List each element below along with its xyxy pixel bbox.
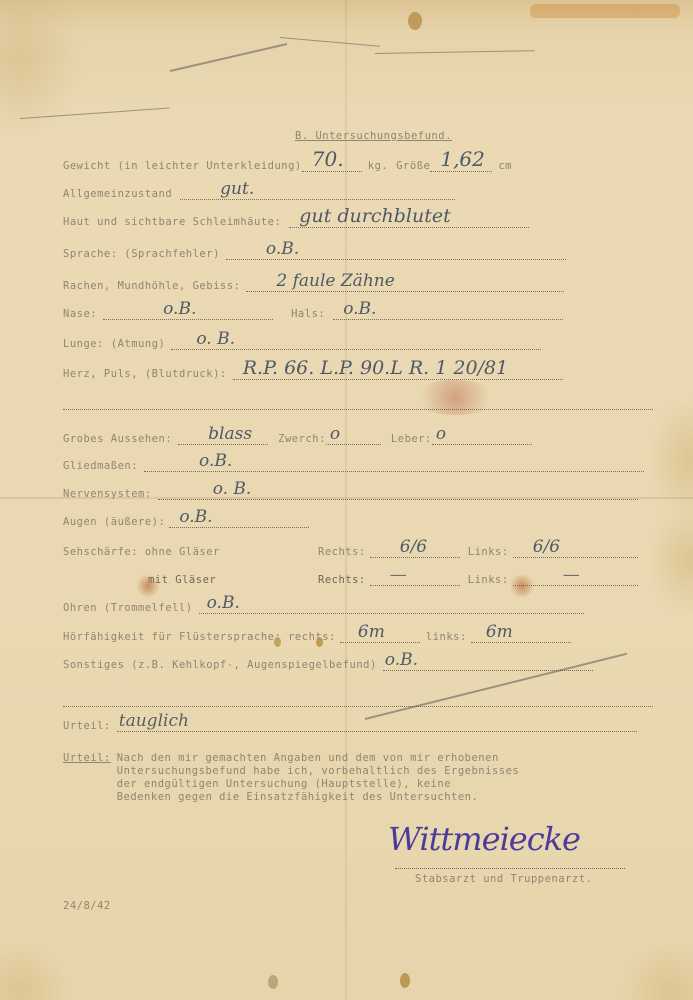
rust-stain (410, 380, 500, 415)
label-skin: Haut und sichtbare Schleimhäute: (63, 216, 281, 228)
label-nervous-system: Nervensystem: (63, 488, 152, 500)
unit-kg: kg. (368, 160, 388, 172)
field-nose-neck: Nase: o.B. Hals: o.B. (63, 300, 563, 320)
remark-line: der endgültigen Untersuchung (Hauptstell… (117, 778, 519, 791)
field-general-condition: Allgemeinzustand gut. (63, 180, 455, 200)
value-speech: o.B. (266, 239, 299, 259)
field-nervous-system: Nervensystem: o. B. (63, 480, 638, 500)
value-mouth: 2 faule Zähne (276, 271, 394, 291)
label-ears: Ohren (Trommelfell) (63, 602, 193, 614)
label-neck: Hals: (291, 308, 325, 320)
remark-label: Urteil: (63, 752, 111, 804)
label-hearing-left: links: (426, 631, 467, 643)
value-weight: 70. (312, 147, 344, 171)
field-verdict: Urteil: tauglich (63, 712, 637, 732)
label-other: Sonstiges (z.B. Kehlkopf-, Augenspiegelb… (63, 659, 377, 671)
remark-line: Nach den mir gemachten Angaben und dem v… (117, 752, 519, 765)
field-skin: Haut und sichtbare Schleimhäute: gut dur… (63, 208, 529, 228)
label-vision-with: mit Gläser (63, 574, 318, 586)
rust-stain (135, 575, 161, 597)
label-eyes: Augen (äußere): (63, 516, 165, 528)
stain-dot (400, 973, 410, 988)
label-appearance: Grobes Aussehen: (63, 433, 172, 445)
label-mouth: Rachen, Mundhöhle, Gebiss: (63, 280, 240, 292)
signature: Wittmeiecke (388, 820, 628, 865)
value-vision-with-right: — (390, 565, 407, 585)
label-speech: Sprache: (Sprachfehler) (63, 248, 220, 260)
field-speech: Sprache: (Sprachfehler) o.B. (63, 240, 566, 260)
stain-dot (274, 637, 281, 647)
value-ears: o.B. (207, 593, 240, 613)
remark-line: Bedenken gegen die Einsatzfähigkeit des … (117, 791, 519, 804)
value-limbs: o.B. (199, 451, 232, 471)
value-hearing-right: 6m (358, 622, 385, 642)
field-blank-1 (63, 390, 653, 410)
value-vision-right: 6/6 (400, 537, 427, 557)
label-vision-without: Sehschärfe: ohne Gläser (63, 546, 318, 558)
field-ears: Ohren (Trommelfell) o.B. (63, 594, 584, 614)
stain-dot (316, 637, 323, 647)
label-height: Größe (396, 160, 430, 172)
field-eyes: Augen (äußere): o.B. (63, 508, 309, 528)
label-left: Links: (468, 574, 509, 586)
value-vision-left: 6/6 (533, 537, 560, 557)
value-eyes: o.B. (179, 507, 212, 527)
value-skin: gut durchblutet (299, 205, 450, 227)
value-heart: R.P. 66. L.P. 90.L R. 1 20/81 (243, 357, 508, 379)
remark-line: Untersuchungsbefund habe ich, vorbehaltl… (117, 765, 519, 778)
stain-dot (408, 12, 422, 30)
water-stain (530, 4, 680, 18)
label-nose: Nase: (63, 308, 97, 320)
value-height: 1,62 (440, 147, 485, 171)
value-neck: o.B. (343, 299, 376, 319)
document-date: 24/8/42 (63, 900, 111, 912)
value-diaphragm: o (330, 424, 340, 444)
value-hearing-left: 6m (486, 622, 513, 642)
label-hearing-right: Hörfähigkeit für Flüstersprache: rechts: (63, 631, 336, 643)
vertical-fold (345, 0, 347, 1000)
field-other: Sonstiges (z.B. Kehlkopf-, Augenspiegelb… (63, 651, 593, 671)
field-mouth: Rachen, Mundhöhle, Gebiss: 2 faule Zähne (63, 272, 564, 292)
value-general-condition: gut. (220, 179, 254, 199)
field-vision-without-glasses: Sehschärfe: ohne Gläser Rechts: 6/6 Link… (63, 538, 638, 558)
stain-dot (268, 975, 278, 989)
label-limbs: Gliedmaßen: (63, 460, 138, 472)
value-verdict: tauglich (119, 711, 189, 731)
signature-line (395, 868, 625, 869)
label-weight: Gewicht (in leichter Unterkleidung) (63, 160, 302, 172)
section-title: B. Untersuchungsbefund. (295, 130, 452, 142)
label-general-condition: Allgemeinzustand (63, 188, 172, 200)
remark-block: Urteil: Nach den mir gemachten Angaben u… (63, 752, 519, 804)
label-right: Rechts: (318, 574, 366, 586)
value-nervous-system: o. B. (213, 479, 252, 499)
field-limbs: Gliedmaßen: o.B. (63, 452, 644, 472)
value-appearance: blass (208, 424, 252, 444)
label-heart: Herz, Puls, (Blutdruck): (63, 368, 227, 380)
value-other: o.B. (385, 650, 418, 670)
value-nose: o.B. (163, 299, 196, 319)
label-liver: Leber: (391, 433, 432, 445)
rust-stain (508, 575, 536, 597)
value-liver: o (436, 424, 446, 444)
label-right: Rechts: (318, 546, 366, 558)
field-heart: Herz, Puls, (Blutdruck): R.P. 66. L.P. 9… (63, 360, 563, 380)
signature-caption: Stabsarzt und Truppenarzt. (415, 873, 592, 885)
field-appearance: Grobes Aussehen: blass Zwerch: o Leber: … (63, 425, 532, 445)
label-verdict: Urteil: (63, 720, 111, 732)
label-left: Links: (468, 546, 509, 558)
field-lung: Lunge: (Atmung) o. B. (63, 330, 541, 350)
value-lung: o. B. (196, 329, 235, 349)
label-lung: Lunge: (Atmung) (63, 338, 165, 350)
value-vision-with-left: — (563, 565, 580, 585)
field-blank-2 (63, 687, 653, 707)
field-weight-height: Gewicht (in leichter Unterkleidung) 70. … (63, 152, 512, 172)
unit-cm: cm (498, 160, 512, 172)
label-diaphragm: Zwerch: (278, 433, 326, 445)
